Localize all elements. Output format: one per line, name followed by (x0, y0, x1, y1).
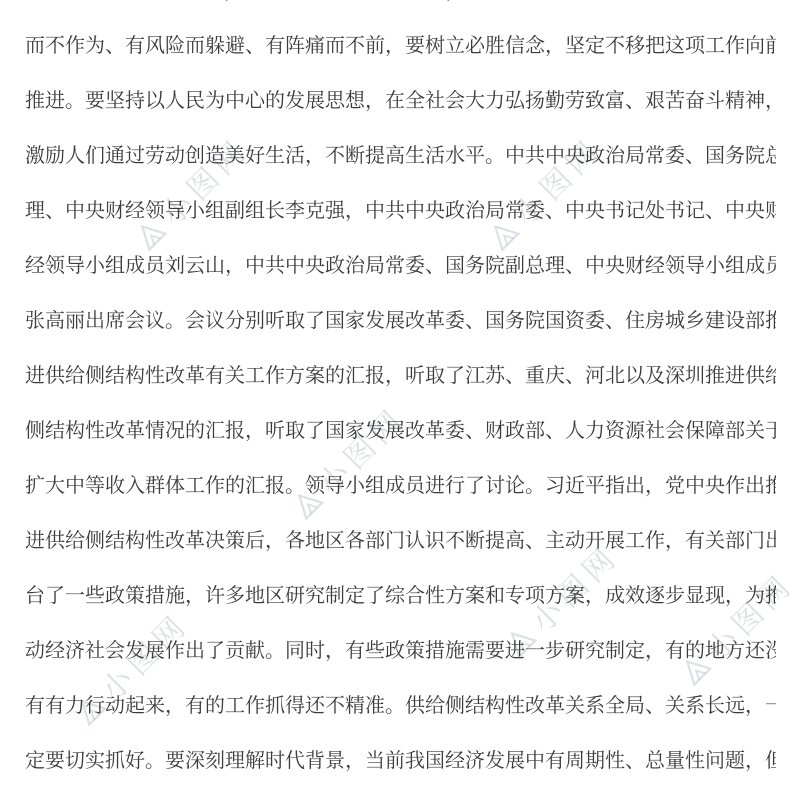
text-line: 侧结构性改革情况的汇报，听取了国家发展改革委、财政部、人力资源社会保障部关于 (25, 404, 776, 459)
text-line: 而不作为、有风险而躲避、有阵痛而不前，要树立必胜信念，坚定不移把这项工作向前 (25, 19, 776, 74)
text-line: 扩大中等收入群体工作的汇报。领导小组成员进行了讨论。习近平指出，党中央作出推 (25, 459, 776, 514)
text-line: 有有力行动起来，有的工作抓得还不精准。供给侧结构性改革关系全局、关系长远，一 (25, 679, 776, 734)
text-line: 经领导小组成员刘云山，中共中央政治局常委、国务院副总理、中央财经领导小组成员 (25, 239, 776, 294)
document-page: 小图网小图网小图网小图网小图网小图网 坚定信心、增强定力，勇于担当、敢于作为，不… (0, 0, 800, 800)
text-line: 进供给侧结构性改革有关工作方案的汇报，听取了江苏、重庆、河北以及深圳推进供给 (25, 349, 776, 404)
text-line: 激励人们通过劳动创造美好生活，不断提高生活水平。中共中央政治局常委、国务院总 (25, 129, 776, 184)
text-line-clipped: 坚定信心、增强定力，勇于担当、敢于作为，不能因为包袱重而等待、困难多 (25, 0, 776, 19)
text-line: 理、中央财经领导小组副组长李克强，中共中央政治局常委、中央书记处书记、中央财 (25, 184, 776, 239)
text-line: 进供给侧结构性改革决策后，各地区各部门认识不断提高、主动开展工作，有关部门出 (25, 514, 776, 569)
text-line: 推进。要坚持以人民为中心的发展思想，在全社会大力弘扬勤劳致富、艰苦奋斗精神， (25, 74, 776, 129)
article-text: 坚定信心、增强定力，勇于担当、敢于作为，不能因为包袱重而等待、困难多而不作为、有… (25, 0, 776, 789)
text-line: 张高丽出席会议。会议分别听取了国家发展改革委、国务院国资委、住房城乡建设部推 (25, 294, 776, 349)
text-line: 动经济社会发展作出了贡献。同时，有些政策措施需要进一步研究制定，有的地方还没 (25, 624, 776, 679)
text-line: 定要切实抓好。要深刻理解时代背景，当前我国经济发展中有周期性、总量性问题，但 (25, 734, 776, 789)
text-line: 台了一些政策措施，许多地区研究制定了综合性方案和专项方案，成效逐步显现，为推 (25, 569, 776, 624)
